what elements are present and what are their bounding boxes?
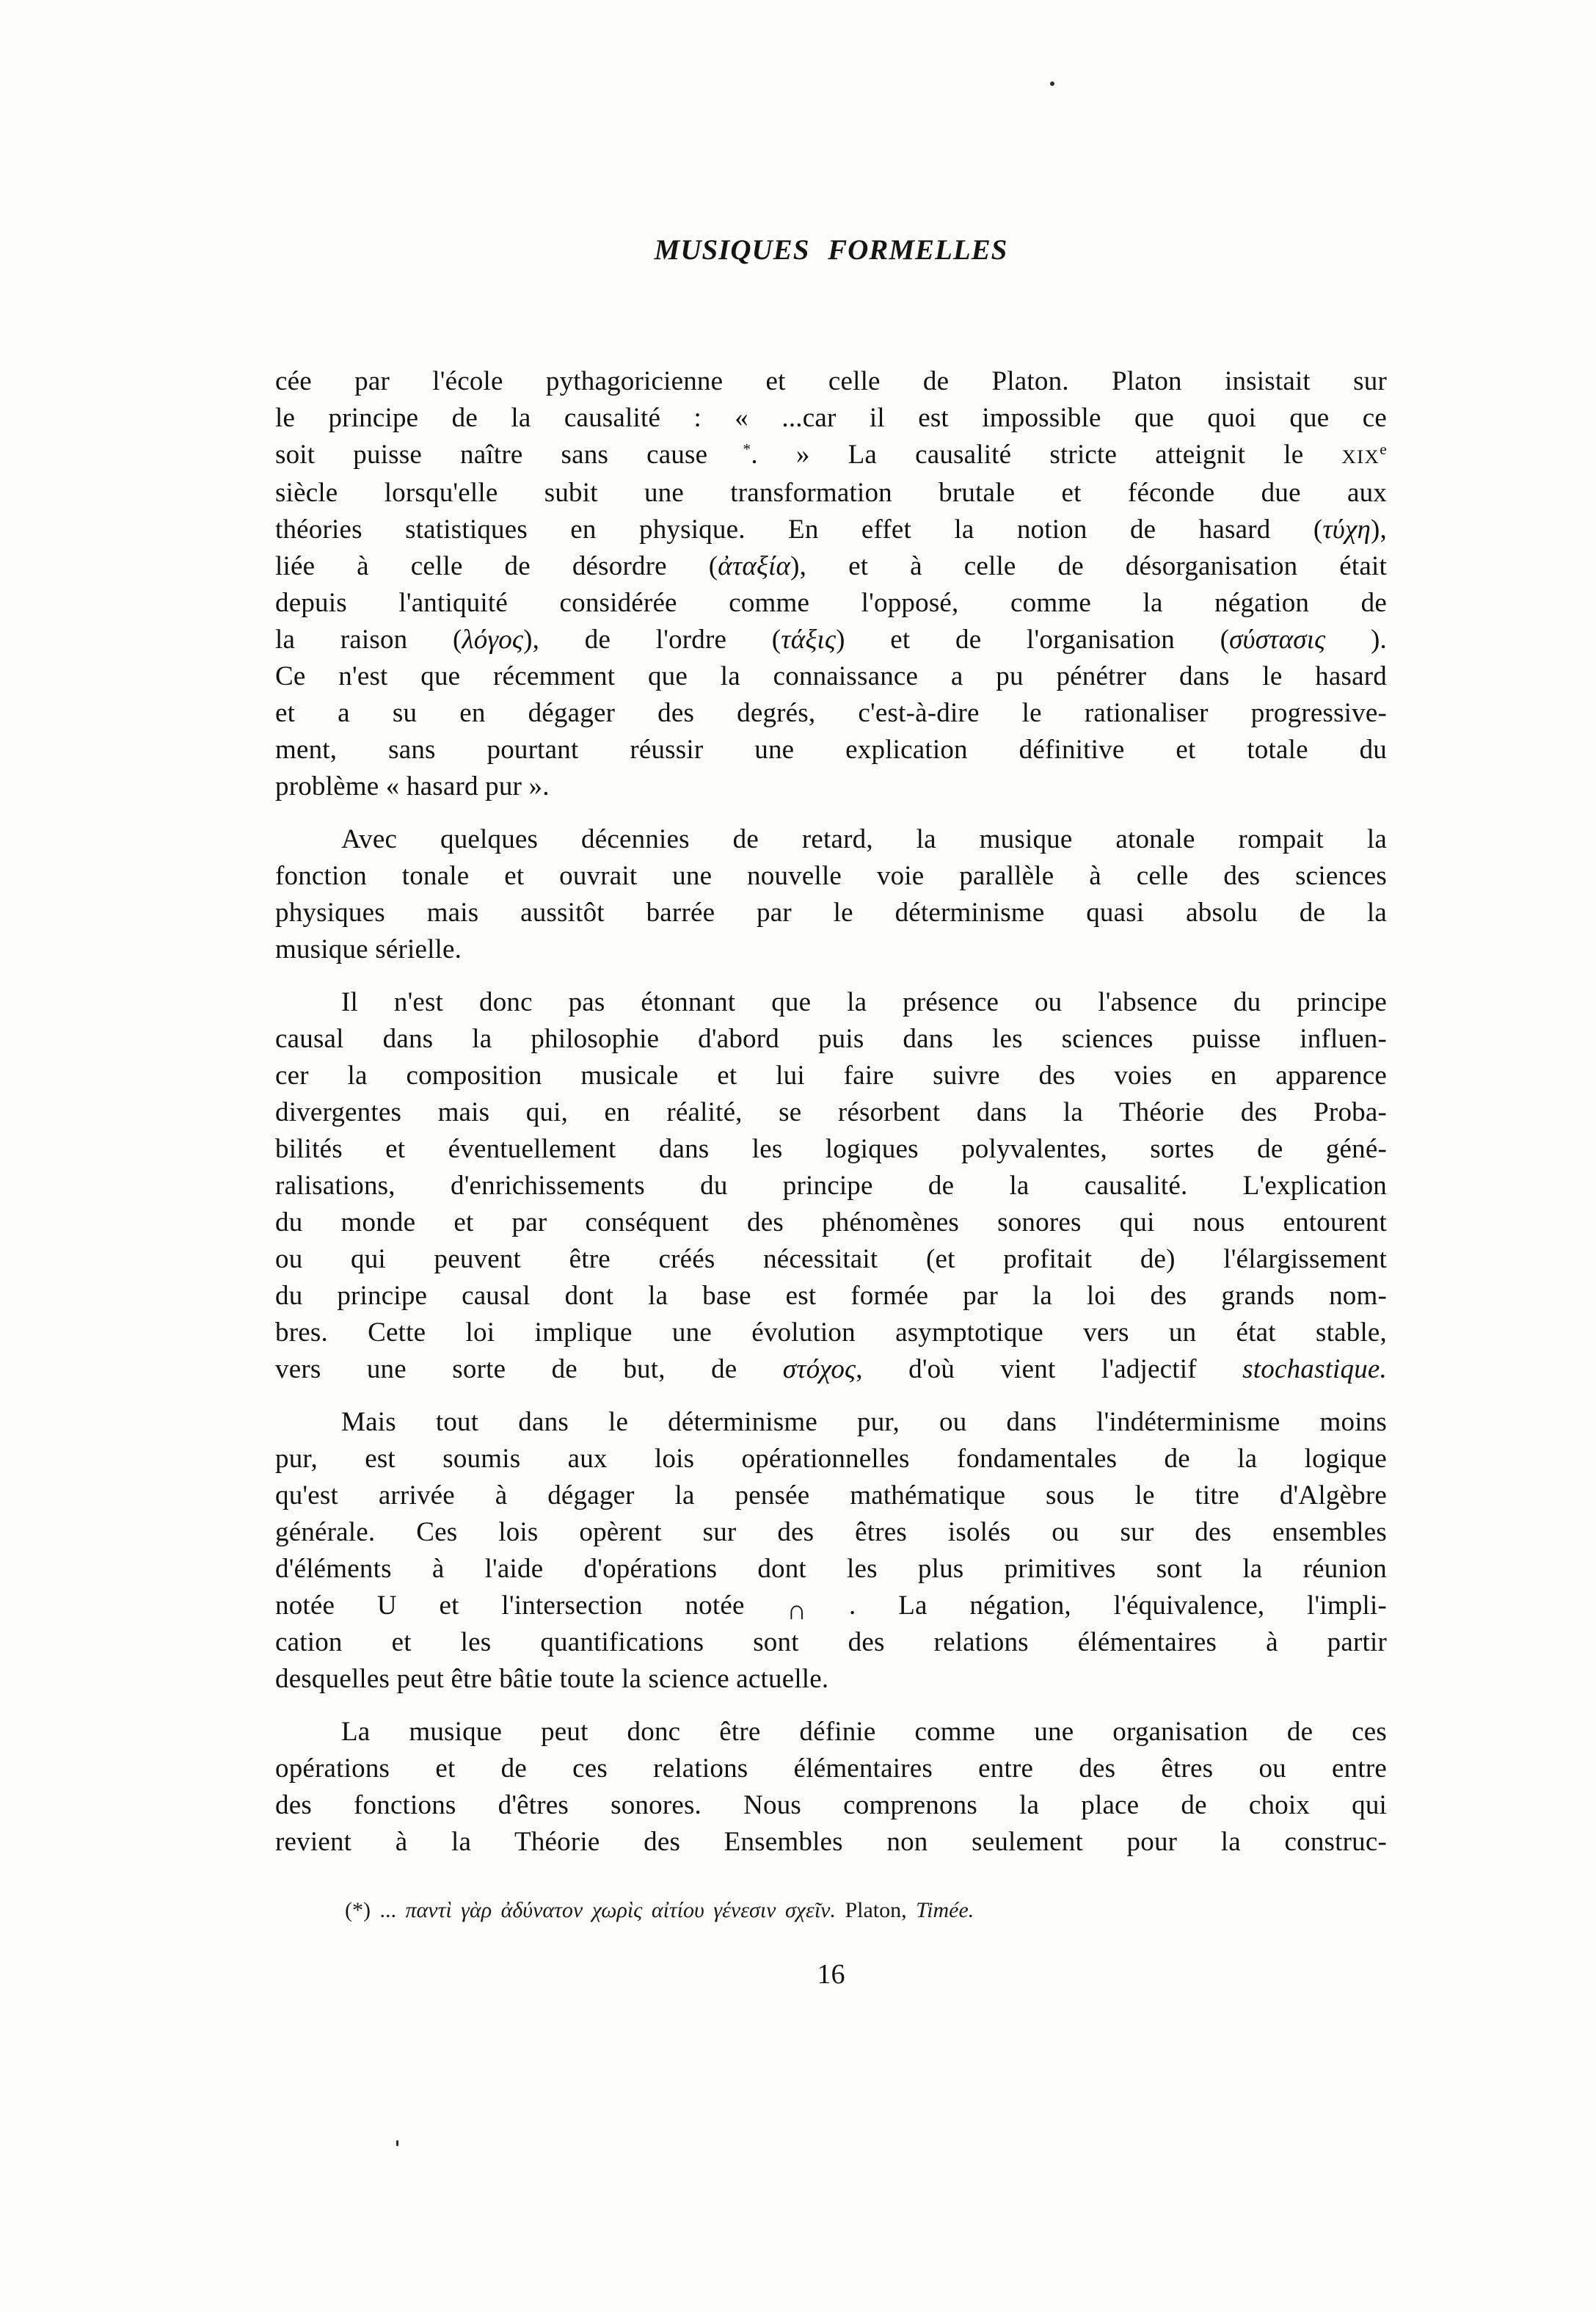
text-segment: ἀταξία xyxy=(718,551,790,581)
text-segment: soit puisse naître sans cause xyxy=(275,440,707,470)
scan-speck xyxy=(1050,81,1054,86)
text-segment: ), et à celle de désorganisation était xyxy=(790,551,1387,581)
text-segment: des fonctions d'êtres sonores. Nous comp… xyxy=(275,1790,1387,1820)
text-segment: physiques mais aussitôt barrée par le dé… xyxy=(275,898,1387,928)
text-segment: cer la composition musicale et lui faire… xyxy=(275,1061,1387,1091)
text-line: Mais tout dans le déterminisme pur, ou d… xyxy=(275,1404,1387,1441)
text-line: depuis l'antiquité considérée comme l'op… xyxy=(275,585,1387,622)
text-segment: du principe causal dont la base est form… xyxy=(275,1281,1387,1311)
paragraph: Il n'est donc pas étonnant que la présen… xyxy=(275,984,1387,1388)
text-segment: λόγος xyxy=(462,625,524,655)
text-segment: causal dans la philosophie d'abord puis … xyxy=(275,1024,1387,1054)
text-segment: ) et de l'organisation ( xyxy=(836,625,1229,655)
text-line: du monde et par conséquent des phénomène… xyxy=(275,1204,1387,1241)
text-segment: (*) ... xyxy=(345,1898,405,1922)
text-segment: La musique peut donc être définie comme … xyxy=(341,1717,1387,1747)
paragraph: Avec quelques décennies de retard, la mu… xyxy=(275,821,1387,968)
running-header: MUSIQUES FORMELLES xyxy=(275,233,1387,266)
text-line: cer la composition musicale et lui faire… xyxy=(275,1058,1387,1094)
text-segment: σύστασις xyxy=(1229,625,1325,655)
text-line: notée U et l'intersection notée ∩ . La n… xyxy=(275,1588,1387,1624)
text-line: bilités et éventuellement dans les logiq… xyxy=(275,1131,1387,1168)
text-segment: ou qui peuvent être créés nécessitait (e… xyxy=(275,1244,1387,1274)
text-segment: vers une sorte de but, de xyxy=(275,1354,783,1384)
text-line: du principe causal dont la base est form… xyxy=(275,1278,1387,1315)
text-line: divergentes mais qui, en réalité, se rés… xyxy=(275,1094,1387,1131)
text-segment: générale. Ces lois opèrent sur des êtres… xyxy=(275,1517,1387,1547)
text-line: ou qui peuvent être créés nécessitait (e… xyxy=(275,1241,1387,1278)
text-segment: ralisations, d'enrichissements du princi… xyxy=(275,1171,1387,1201)
page-number: 16 xyxy=(275,1958,1387,1991)
text-segment: . » La causalité stricte atteignit le xyxy=(751,440,1341,470)
text-line: bres. Cette loi implique une évolution a… xyxy=(275,1315,1387,1351)
text-segment: . La négation, l'équivalence, l'impli- xyxy=(806,1591,1387,1621)
text-segment: στόχος xyxy=(783,1354,856,1384)
text-segment: depuis l'antiquité considérée comme l'op… xyxy=(275,588,1387,618)
text-line: générale. Ces lois opèrent sur des êtres… xyxy=(275,1514,1387,1551)
text-segment: Mais tout dans le déterminisme pur, ou d… xyxy=(341,1407,1387,1437)
text-line: siècle lorsqu'elle subit une transformat… xyxy=(275,475,1387,512)
text-segment: ), xyxy=(1371,515,1387,545)
text-line: ment, sans pourtant réussir une explicat… xyxy=(275,732,1387,768)
text-segment: ), de l'ordre ( xyxy=(523,625,781,655)
text-line: cée par l'école pythagoricienne et celle… xyxy=(275,363,1387,400)
text-segment: théories statistiques en physique. En ef… xyxy=(275,515,1322,545)
text-segment: , d'où vient l'adjectif xyxy=(856,1354,1242,1384)
text-segment: e xyxy=(1380,440,1387,458)
text-line: fonction tonale et ouvrait une nouvelle … xyxy=(275,858,1387,895)
text-segment: τάξις xyxy=(781,625,836,655)
paragraph: cée par l'école pythagoricienne et celle… xyxy=(275,363,1387,805)
text-segment: revient à la Théorie des Ensembles non s… xyxy=(275,1827,1387,1857)
text-segment: divergentes mais qui, en réalité, se rés… xyxy=(275,1097,1387,1127)
text-line: et a su en dégager des degrés, c'est-à-d… xyxy=(275,695,1387,732)
text-segment: pur, est soumis aux lois opérationnelles… xyxy=(275,1444,1387,1474)
text-line: revient à la Théorie des Ensembles non s… xyxy=(275,1824,1387,1861)
text-segment: stochastique. xyxy=(1242,1354,1387,1384)
text-segment: Il n'est donc pas étonnant que la présen… xyxy=(341,987,1387,1017)
text-segment: cation et les quantifications sont des r… xyxy=(275,1627,1387,1657)
text-segment: Ce n'est que récemment que la connaissan… xyxy=(275,661,1387,691)
text-segment: problème « hasard pur ». xyxy=(275,771,550,801)
text-line: pur, est soumis aux lois opérationnelles… xyxy=(275,1441,1387,1477)
text-segment: liée à celle de désordre ( xyxy=(275,551,718,581)
text-segment: fonction tonale et ouvrait une nouvelle … xyxy=(275,861,1387,891)
text-segment: le principe de la causalité : « ...car i… xyxy=(275,403,1387,433)
text-segment: siècle lorsqu'elle subit une transformat… xyxy=(275,478,1387,508)
text-line: Il n'est donc pas étonnant que la présen… xyxy=(275,984,1387,1021)
footnote: (*) ... παντὶ γὰρ ἀδύνατον χωρὶς αἰτίου … xyxy=(345,1896,1299,1925)
paragraph: Mais tout dans le déterminisme pur, ou d… xyxy=(275,1404,1387,1698)
text-segment: d'éléments à l'aide d'opérations dont le… xyxy=(275,1554,1387,1584)
text-segment: ∩ xyxy=(787,1593,806,1629)
text-segment: la raison ( xyxy=(275,625,462,655)
text-line: cation et les quantifications sont des r… xyxy=(275,1624,1387,1661)
text-segment: bilités et éventuellement dans les logiq… xyxy=(275,1134,1387,1164)
text-segment: bres. Cette loi implique une évolution a… xyxy=(275,1317,1387,1348)
text-segment: XIX xyxy=(1341,446,1380,468)
text-line: physiques mais aussitôt barrée par le dé… xyxy=(275,895,1387,931)
text-segment: musique sérielle. xyxy=(275,934,462,964)
text-segment: Timée. xyxy=(916,1898,974,1922)
scanned-book-page: MUSIQUES FORMELLES cée par l'école pytha… xyxy=(0,0,1596,2312)
footnote-text: (*) ... παντὶ γὰρ ἀδύνατον χωρὶς αἰτίου … xyxy=(345,1898,974,1922)
text-segment: qu'est arrivée à dégager la pensée mathé… xyxy=(275,1480,1387,1511)
text-segment: Platon, xyxy=(836,1898,916,1922)
text-block: cée par l'école pythagoricienne et celle… xyxy=(275,363,1387,1861)
text-line: musique sérielle. xyxy=(275,931,1387,968)
text-segment: desquelles peut être bâtie toute la scie… xyxy=(275,1664,828,1694)
text-line: des fonctions d'êtres sonores. Nous comp… xyxy=(275,1787,1387,1824)
text-segment: cée par l'école pythagoricienne et celle… xyxy=(275,366,1387,396)
text-line: liée à celle de désordre (ἀταξία), et à … xyxy=(275,548,1387,585)
text-line: causal dans la philosophie d'abord puis … xyxy=(275,1021,1387,1058)
text-line: qu'est arrivée à dégager la pensée mathé… xyxy=(275,1477,1387,1514)
paragraph: La musique peut donc être définie comme … xyxy=(275,1714,1387,1861)
text-line: ralisations, d'enrichissements du princi… xyxy=(275,1168,1387,1204)
text-segment: notée U et l'intersection notée xyxy=(275,1591,787,1621)
text-line: vers une sorte de but, de στόχος, d'où v… xyxy=(275,1351,1387,1388)
text-line: La musique peut donc être définie comme … xyxy=(275,1714,1387,1751)
text-segment: τύχη xyxy=(1322,515,1371,545)
text-segment: opérations et de ces relations élémentai… xyxy=(275,1753,1387,1784)
text-segment: παντὶ γὰρ ἀδύνατον χωρὶς αἰτίου γένεσιν … xyxy=(405,1898,835,1922)
text-line: soit puisse naître sans cause *. » La ca… xyxy=(275,437,1387,475)
text-segment: Avec quelques décennies de retard, la mu… xyxy=(341,824,1387,854)
text-line: desquelles peut être bâtie toute la scie… xyxy=(275,1661,1387,1698)
text-line: d'éléments à l'aide d'opérations dont le… xyxy=(275,1551,1387,1588)
text-line: Avec quelques décennies de retard, la mu… xyxy=(275,821,1387,858)
text-line: la raison (λόγος), de l'ordre (τάξις) et… xyxy=(275,622,1387,658)
text-segment: ). xyxy=(1325,625,1387,655)
text-line: Ce n'est que récemment que la connaissan… xyxy=(275,658,1387,695)
text-line: le principe de la causalité : « ...car i… xyxy=(275,400,1387,437)
text-segment: et a su en dégager des degrés, c'est-à-d… xyxy=(275,698,1387,728)
text-line: théories statistiques en physique. En ef… xyxy=(275,512,1387,548)
scan-speck xyxy=(396,2140,398,2146)
text-segment: du monde et par conséquent des phénomène… xyxy=(275,1207,1387,1237)
text-segment: * xyxy=(707,440,751,458)
text-line: opérations et de ces relations élémentai… xyxy=(275,1751,1387,1787)
text-segment: ment, sans pourtant réussir une explicat… xyxy=(275,735,1387,765)
text-line: problème « hasard pur ». xyxy=(275,768,1387,805)
